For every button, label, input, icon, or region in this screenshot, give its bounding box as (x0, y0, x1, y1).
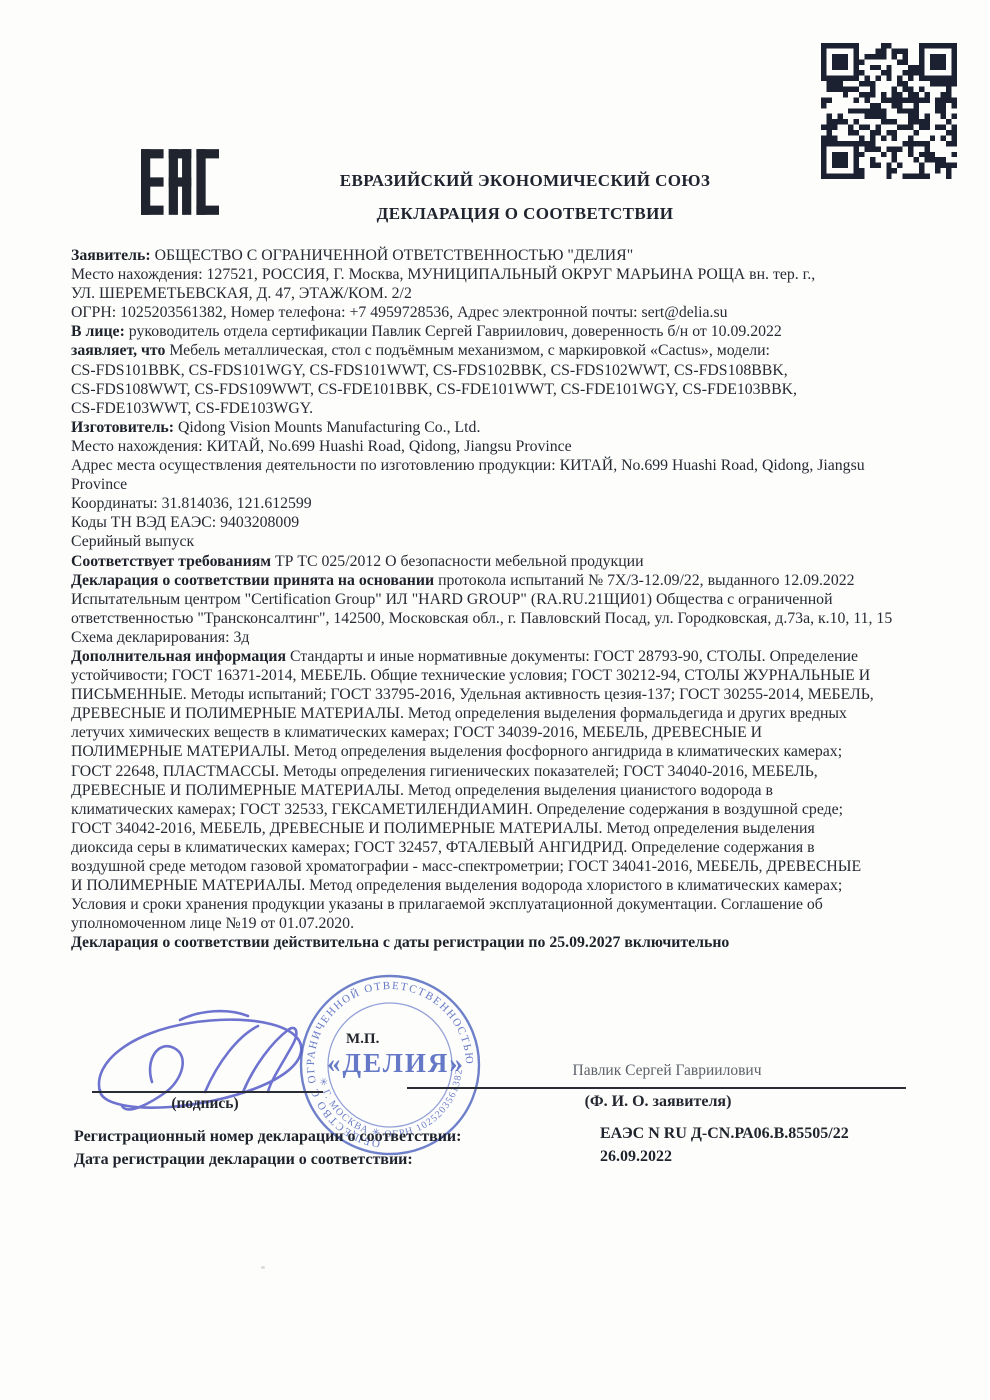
body-line: диоксида серы в климатических камерах; Г… (71, 838, 971, 857)
body-line: CS-FDS108WWT, CS-FDS109WWT, CS-FDE101BBK… (71, 380, 971, 399)
body-line: Серийный выпуск (71, 532, 971, 551)
body-line: Соответствует требованиям ТР ТС 025/2012… (71, 552, 971, 571)
body-line: УЛ. ШЕРЕМЕТЬЕВСКАЯ, Д. 47, ЭТАЖ/КОМ. 2/2 (71, 284, 971, 303)
body-line: В лице: руководитель отдела сертификации… (71, 322, 971, 341)
body-line: ПИСЬМЕННЫЕ. Методы испытаний; ГОСТ 33795… (71, 685, 971, 704)
body-line: ответственностью "Трансконсалтинг", 1425… (71, 609, 971, 628)
applicant-fio: Павлик Сергей Гавриилович (573, 1062, 762, 1080)
stamp-company-name: «ДЕЛИЯ» (327, 1048, 465, 1079)
registration-number-label: Регистрационный номер декларации о соотв… (74, 1128, 461, 1146)
registration-date-value: 26.09.2022 (600, 1148, 672, 1166)
seal-place-label: М.П. (346, 1031, 379, 1048)
body-line: воздушной среде методом газовой хроматог… (71, 857, 971, 876)
union-title: ЕВРАЗИЙСКИЙ ЭКОНОМИЧЕСКИЙ СОЮЗ (340, 171, 711, 191)
body-line: ПОЛИМЕРНЫЕ МАТЕРИАЛЫ. Метод определения … (71, 742, 971, 761)
body-line: CS-FDE103WWT, CS-FDE103WGY. (71, 399, 971, 418)
body-line: Province (71, 475, 971, 494)
body-line: Координаты: 31.814036, 121.612599 (71, 494, 971, 513)
declaration-document-page: ЕВРАЗИЙСКИЙ ЭКОНОМИЧЕСКИЙ СОЮЗ ДЕКЛАРАЦИ… (0, 0, 990, 1400)
body-line: ДРЕВЕСНЫЕ И ПОЛИМЕРНЫЕ МАТЕРИАЛЫ. Метод … (71, 704, 971, 723)
body-line: ГОСТ 22648, ПЛАСТМАССЫ. Методы определен… (71, 762, 971, 781)
body-line: Адрес места осуществления деятельности п… (71, 456, 971, 475)
body-line: Место нахождения: 127521, РОССИЯ, Г. Мос… (71, 265, 971, 284)
signature-caption: (подпись) (171, 1095, 238, 1113)
fio-caption: (Ф. И. О. заявителя) (585, 1093, 732, 1111)
body-line: уполномоченном лице №19 от 01.07.2020. (71, 914, 971, 933)
body-line: Испытательным центром "Certification Gro… (71, 590, 971, 609)
body-line: ГОСТ 34042-2016, МЕБЕЛЬ, ДРЕВЕСНЫЕ И ПОЛ… (71, 819, 971, 838)
body-line: И ПОЛИМЕРНЫЕ МАТЕРИАЛЫ. Метод определени… (71, 876, 971, 895)
body-line: Декларация о соответствии принята на осн… (71, 571, 971, 590)
document-title: ДЕКЛАРАЦИЯ О СООТВЕТСТВИИ (377, 204, 674, 224)
body-line: Место нахождения: КИТАЙ, No.699 Huashi R… (71, 437, 971, 456)
body-line: ОГРН: 1025203561382, Номер телефона: +7 … (71, 303, 971, 322)
body-line: Коды ТН ВЭД ЕАЭС: 9403208009 (71, 513, 971, 532)
qr-code-icon (821, 43, 957, 179)
body-line: летучих химических веществ в климатическ… (71, 723, 971, 742)
body-line: ДРЕВЕСНЫЕ И ПОЛИМЕРНЫЕ МАТЕРИАЛЫ. Метод … (71, 781, 971, 800)
body-line: Декларация о соответствии действительна … (71, 933, 971, 952)
registration-number-value: ЕАЭС N RU Д-CN.РА06.В.85505/22 (600, 1125, 849, 1143)
body-line: Дополнительная информация Стандарты и ин… (71, 647, 971, 666)
signature-line (92, 1091, 323, 1093)
scan-artifact-dot (261, 1266, 265, 1269)
declaration-body-text: Заявитель: ОБЩЕСТВО С ОГРАНИЧЕННОЙ ОТВЕТ… (71, 246, 971, 952)
body-line: Схема декларирования: 3д (71, 628, 971, 647)
eac-logo (141, 148, 219, 216)
body-line: CS-FDS101BBK, CS-FDS101WGY, CS-FDS101WWT… (71, 361, 971, 380)
body-line: климатических камерах; ГОСТ 32533, ГЕКСА… (71, 800, 971, 819)
body-line: заявляет, что Мебель металлическая, стол… (71, 341, 971, 360)
registration-date-label: Дата регистрации декларации о соответств… (74, 1151, 413, 1169)
body-line: устойчивости; ГОСТ 16371-2014, МЕБЕЛЬ. О… (71, 666, 971, 685)
body-line: Изготовитель: Qidong Vision Mounts Manuf… (71, 418, 971, 437)
body-line: Заявитель: ОБЩЕСТВО С ОГРАНИЧЕННОЙ ОТВЕТ… (71, 246, 971, 265)
fio-line (407, 1087, 906, 1089)
body-line: Условия и сроки хранения продукции указа… (71, 895, 971, 914)
